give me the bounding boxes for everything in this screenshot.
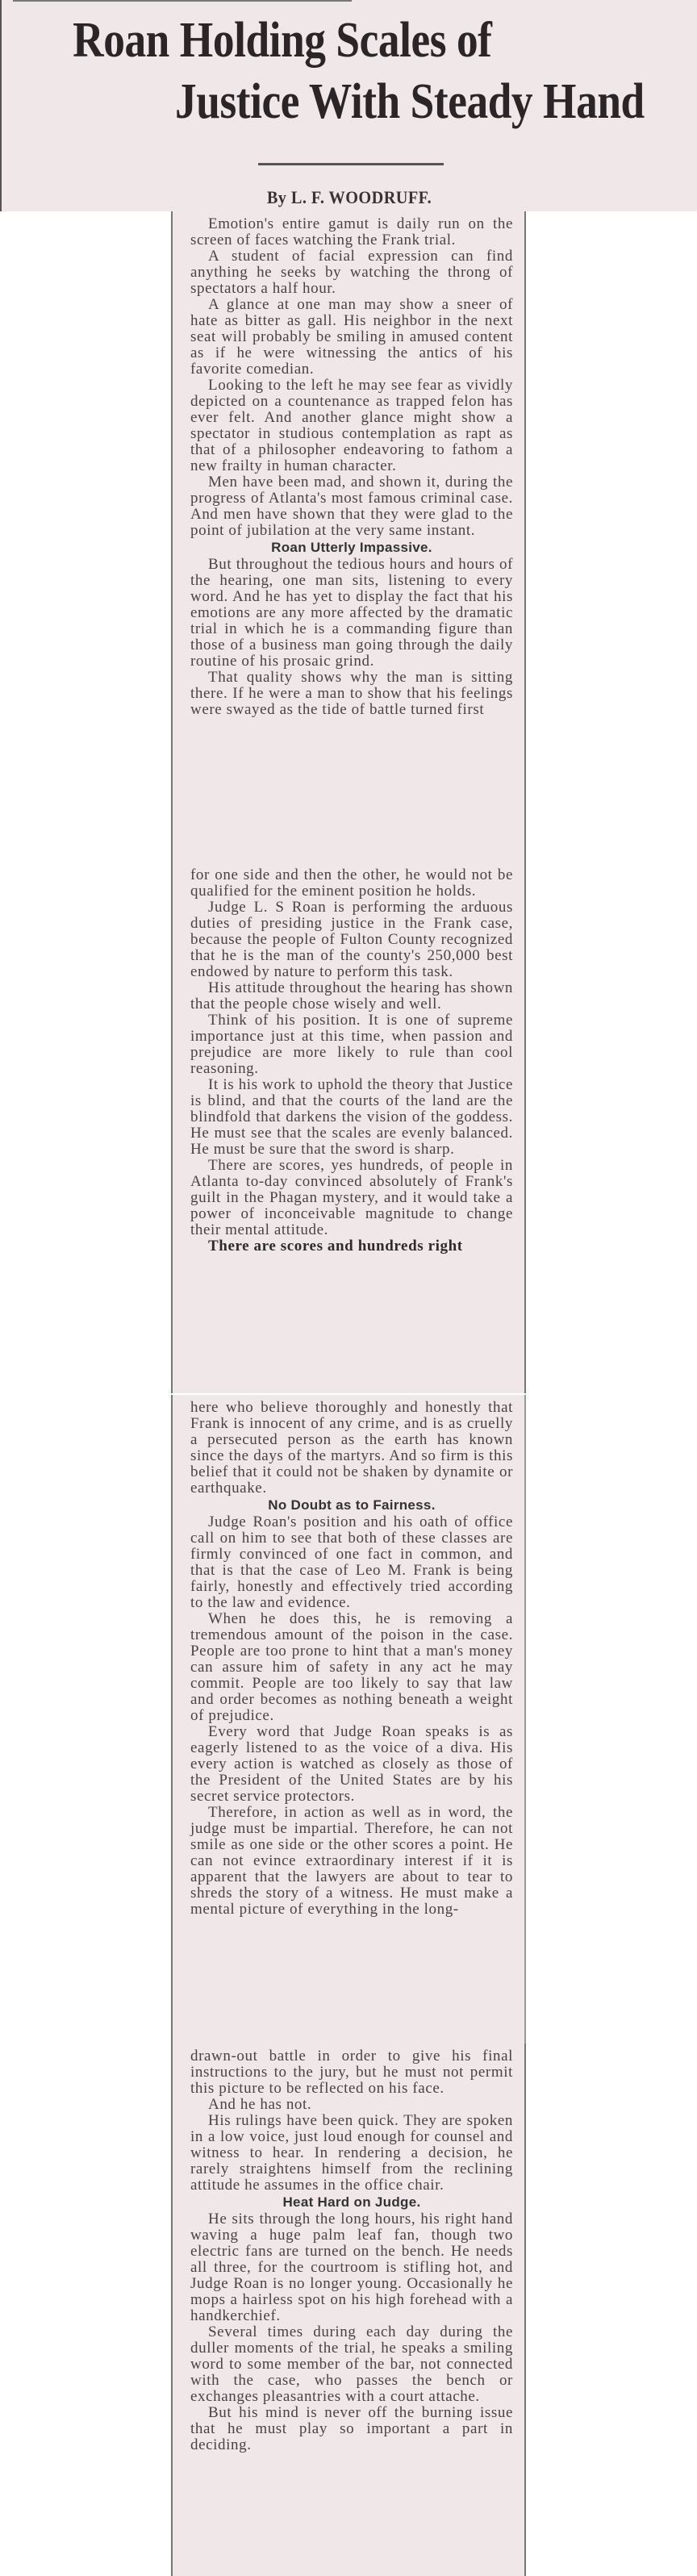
paragraph: here who believe thoroughly and honestly… — [190, 1400, 513, 1497]
paragraph: He sits through the long hours, his righ… — [190, 2211, 513, 2324]
headline-line-2: Justice With Steady Hand — [57, 71, 645, 132]
paragraph: But throughout the tedious hours and hou… — [190, 557, 513, 670]
paragraph: Looking to the left he may see fear as v… — [190, 378, 513, 474]
headline-divider — [258, 163, 444, 165]
paragraph: Every word that Judge Roan speaks is as … — [190, 1724, 513, 1805]
subheading: Roan Utterly Impassive. — [190, 539, 513, 557]
paragraph: Judge Roan's position and his oath of of… — [190, 1514, 513, 1611]
paragraph: His attitude throughout the hearing has … — [190, 980, 513, 1012]
paragraph: A glance at one man may show a sneer of … — [190, 297, 513, 378]
paragraph: It is his work to uphold the theory that… — [190, 1077, 513, 1158]
column-strip-1: Emotion's entire gamut is daily run on t… — [171, 211, 526, 862]
paragraph: Judge L. S Roan is performing the arduou… — [190, 900, 513, 980]
paragraph: And he has not. — [190, 2097, 513, 2113]
paragraph: Therefore, in action as well as in word,… — [190, 1805, 513, 1918]
paragraph: for one side and then the other, he woul… — [190, 867, 513, 900]
headline: Roan Holding Scales of Justice With Stea… — [57, 10, 645, 132]
headline-line-1: Roan Holding Scales of — [57, 10, 645, 71]
paragraph: His rulings have been quick. They are sp… — [190, 2113, 513, 2194]
byline: By L. F. WOODRUFF. — [29, 187, 669, 208]
article-header: Roan Holding Scales of Justice With Stea… — [0, 0, 697, 211]
column-strip-3: here who believe thoroughly and honestly… — [171, 1395, 526, 2044]
paragraph: Think of his position. It is one of supr… — [190, 1012, 513, 1077]
paragraph: Emotion's entire gamut is daily run on t… — [190, 216, 513, 248]
paragraph: There are scores, yes hundreds, of peopl… — [190, 1158, 513, 1238]
paragraph: That quality shows why the man is sittin… — [190, 670, 513, 718]
subheading: No Doubt as to Fairness. — [190, 1497, 513, 1514]
paragraph: A student of facial expression can find … — [190, 248, 513, 297]
column-strip-4: drawn-out battle in order to give his fi… — [171, 2044, 526, 2576]
paragraph: But his mind is never off the burning is… — [190, 2405, 513, 2453]
column-strip-2: for one side and then the other, he woul… — [171, 862, 526, 1393]
paragraph: When he does this, he is removing a trem… — [190, 1611, 513, 1724]
paragraph: Men have been mad, and shown it, during … — [190, 474, 513, 539]
subheading: Heat Hard on Judge. — [190, 2194, 513, 2211]
paragraph: There are scores and hundreds right — [190, 1238, 513, 1255]
paragraph: drawn-out battle in order to give his fi… — [190, 2048, 513, 2097]
paragraph: Several times during each day during the… — [190, 2324, 513, 2405]
top-rule — [13, 0, 352, 2]
